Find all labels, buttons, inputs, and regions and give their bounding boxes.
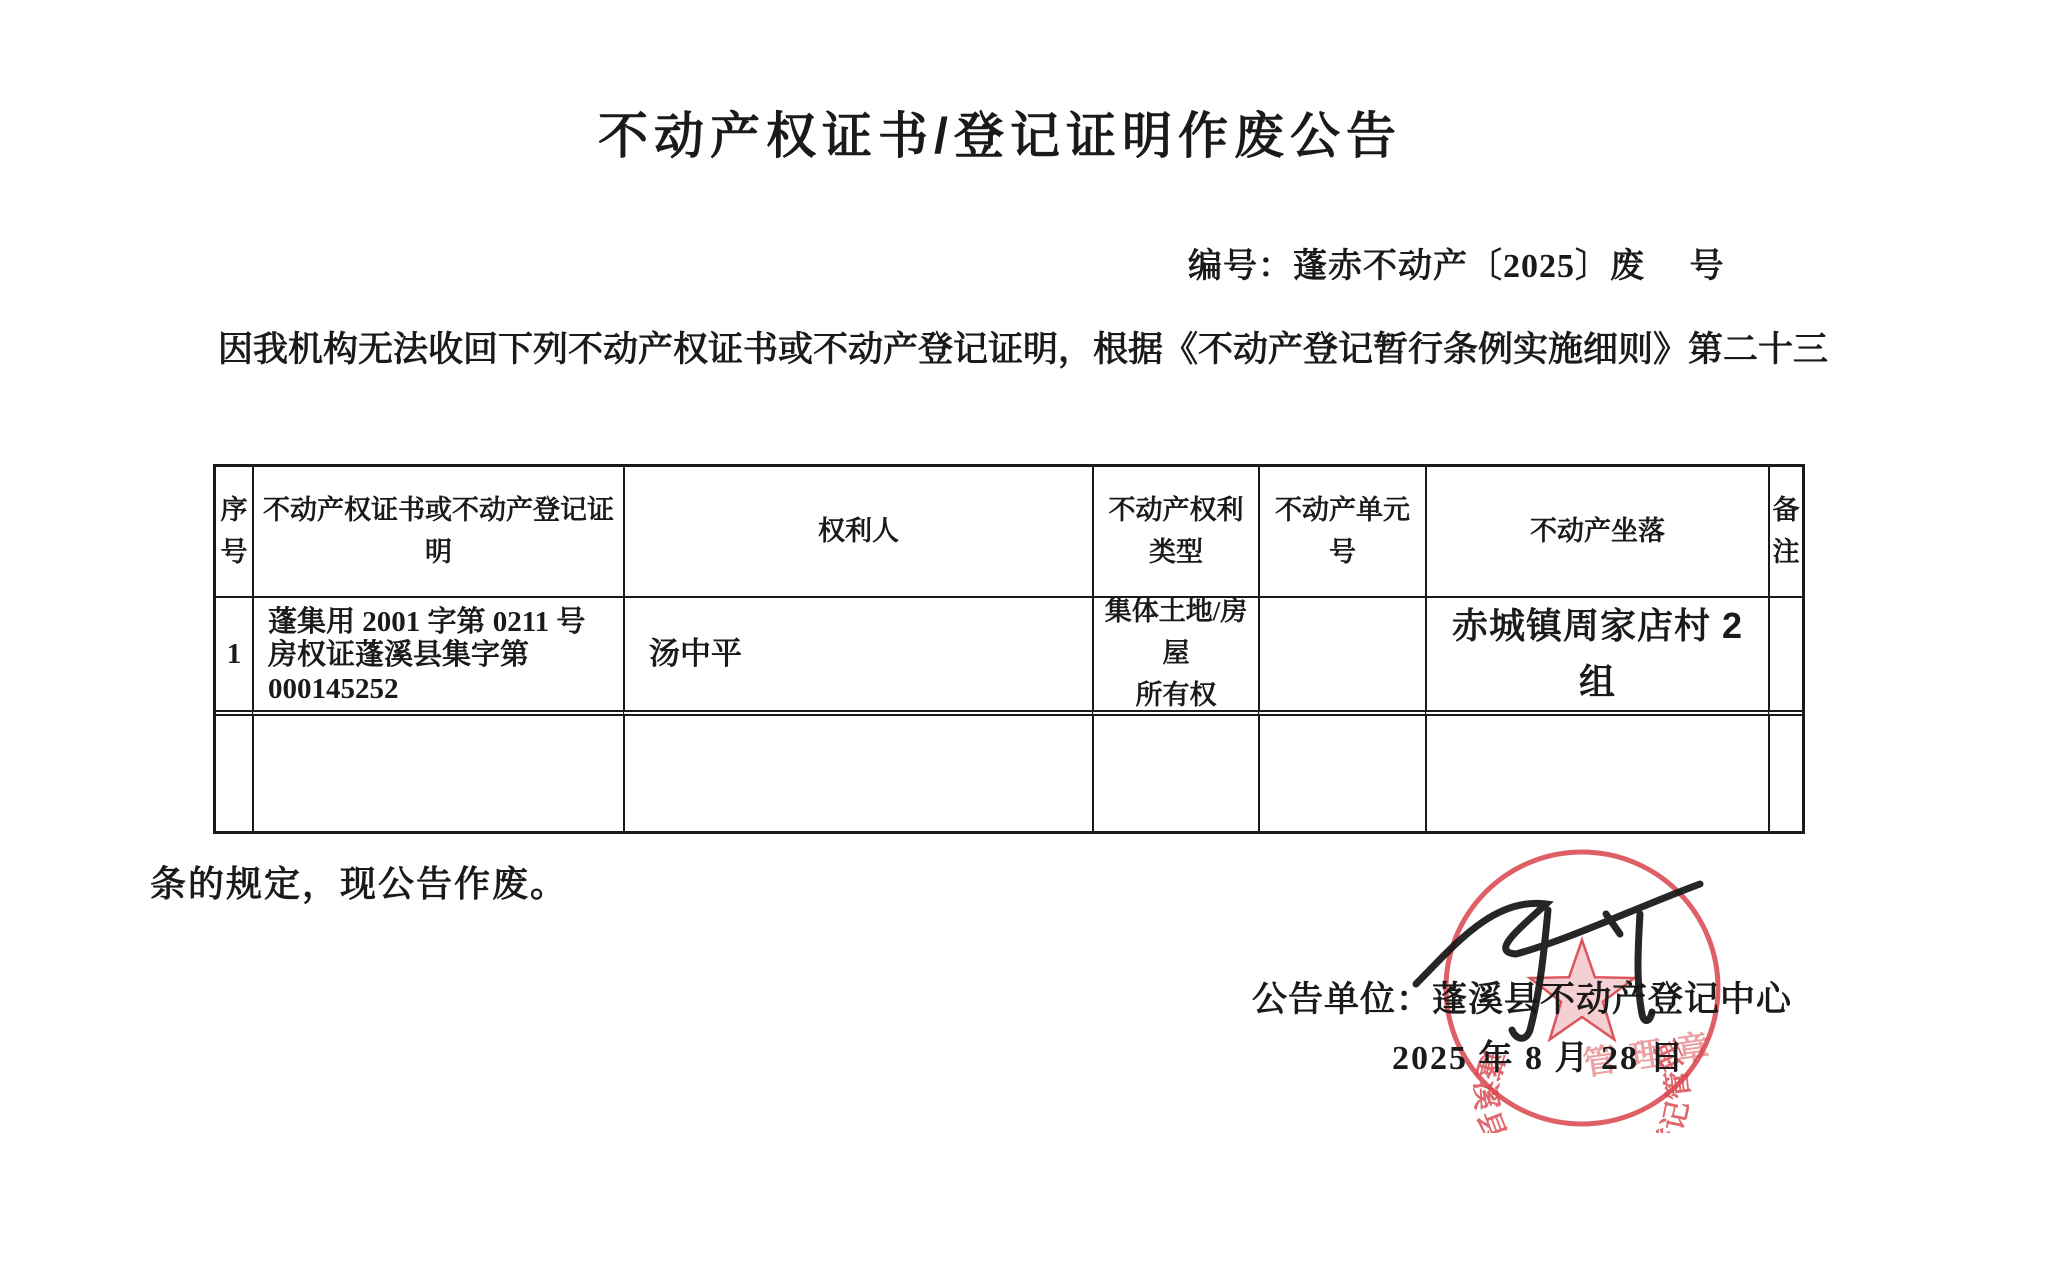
signature-scribble-icon: [1398, 852, 1728, 1047]
row1-remark: [1768, 596, 1802, 710]
row2-right-type: [1092, 710, 1258, 831]
row2-cert-cell: [252, 710, 623, 831]
doc-number: 编号：蓬赤不动产〔2025〕废 号: [1188, 238, 1725, 287]
table-header-remark: 备注: [1768, 467, 1802, 596]
row1-right-type: 集体土地/房屋 所有权: [1092, 596, 1258, 710]
table-header-unit-no: 不动产单元号: [1258, 467, 1425, 596]
row2-holder: [623, 710, 1092, 831]
row1-cert-line1: 蓬集用 2001 字第 0211 号: [268, 606, 585, 639]
table-header-holder: 权利人: [623, 467, 1092, 596]
row2-remark: [1768, 710, 1802, 831]
table-header-index: 序号: [216, 467, 252, 596]
table-header-location: 不动产坐落: [1425, 467, 1768, 596]
announcement-page: 不动产权证书/登记证明作废公告 编号：蓬赤不动产〔2025〕废 号 因我机构无法…: [0, 0, 2046, 1280]
row1-cert-cell: 蓬集用 2001 字第 0211 号 房权证蓬溪县集字第 000145252: [252, 596, 623, 710]
intro-paragraph: 因我机构无法收回下列不动产权证书或不动产登记证明，根据《不动产登记暂行条例实施细…: [148, 328, 1908, 372]
row2-location: [1425, 710, 1768, 831]
row2-unit-no: [1258, 710, 1425, 831]
row1-cert-line2: 房权证蓬溪县集字第 000145252: [268, 639, 617, 706]
row1-holder: 汤中平: [623, 596, 1092, 710]
row1-location: 赤城镇周家店村 2 组: [1425, 596, 1768, 710]
row1-index: 1: [216, 596, 252, 710]
table-header-cert: 不动产权证书或不动产登记证明: [252, 467, 623, 596]
row1-unit-no: [1258, 596, 1425, 710]
page-title: 不动产权证书/登记证明作废公告: [598, 96, 1402, 168]
closing-sentence: 条的规定，现公告作废。: [150, 856, 568, 907]
certificate-table: 序号 不动产权证书或不动产登记证明 权利人 不动产权利类型 不动产单元号 不动产…: [213, 464, 1805, 834]
table-header-right-type: 不动产权利类型: [1092, 467, 1258, 596]
row2-index: [216, 710, 252, 831]
